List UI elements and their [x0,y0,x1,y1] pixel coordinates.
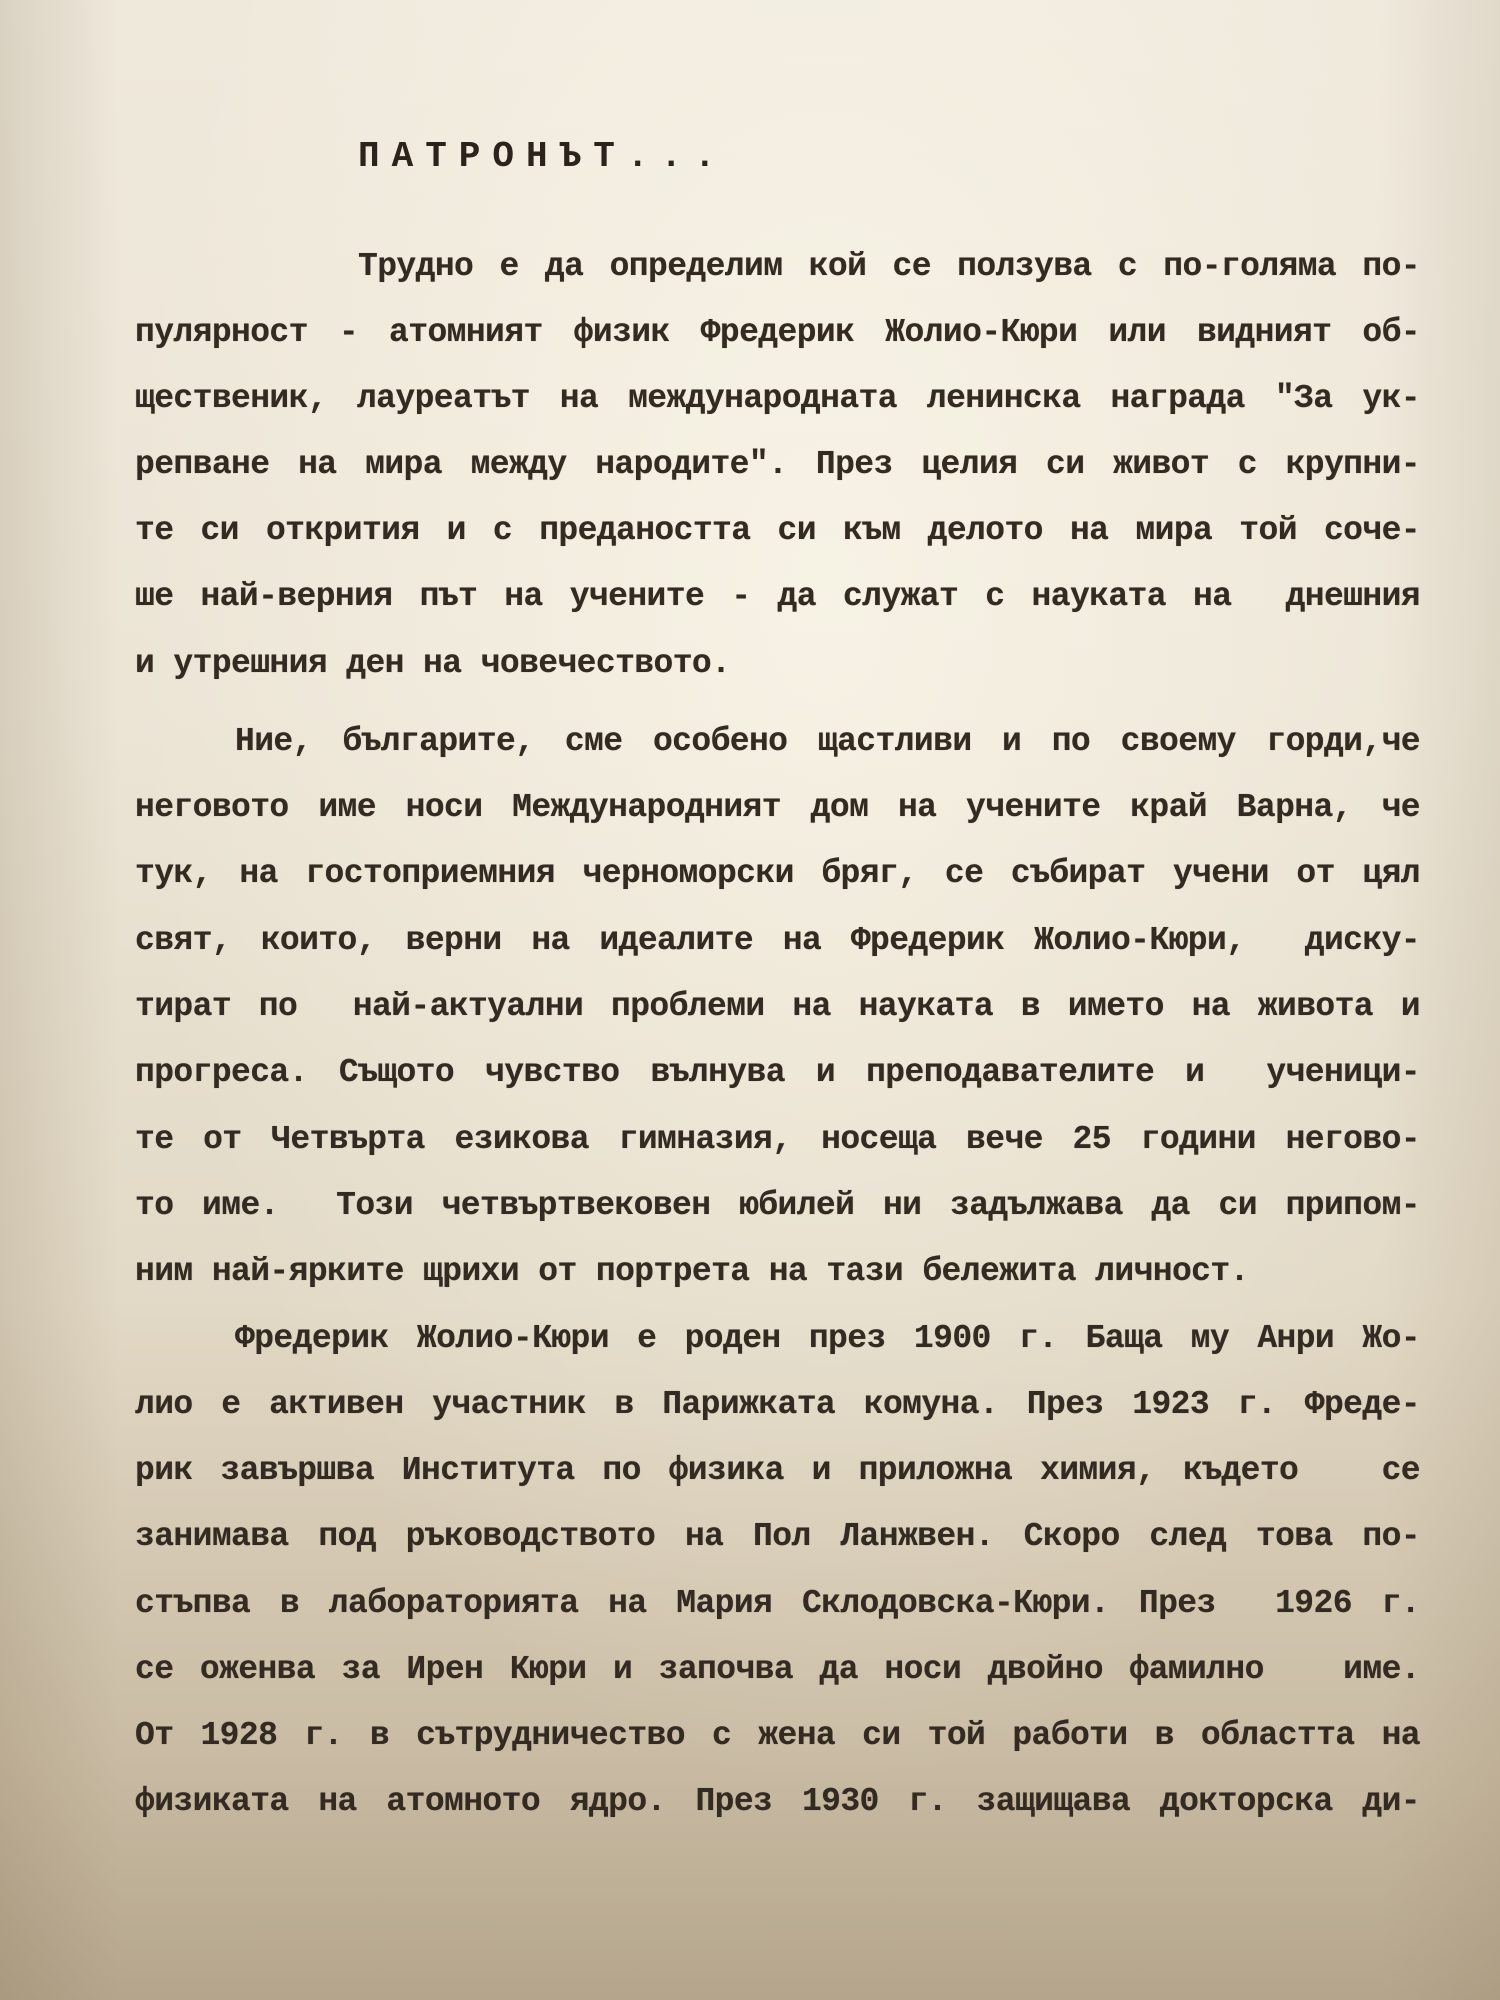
page-title: ПАТРОНЪТ... [358,136,728,177]
text-line: лио е активен участник в Парижката комун… [135,1386,1420,1423]
text-line: ше най-верния път на учените - да служат… [135,578,1420,615]
text-line: стъпва в лабораторията на Мария Склодовс… [135,1585,1420,1622]
text-line: пулярност - атомният физик Фредерик Жоли… [135,314,1420,351]
text-line: се оженва за Ирен Кюри и започва да носи… [135,1651,1420,1688]
text-line: и утрешния ден на човечеството. [135,645,1420,682]
text-line: свят, които, верни на идеалите на Фредер… [135,922,1420,959]
text-line: Трудно е да определим кой се ползува с п… [358,248,1420,285]
text-line: прогреса. Същото чувство вълнува и препо… [135,1054,1420,1091]
typewritten-page: ПАТРОНЪТ... Трудно е да определим кой се… [0,0,1500,2000]
text-line: Фредерик Жолио-Кюри е роден през 1900 г.… [235,1320,1420,1357]
text-line: занимава под ръководството на Пол Ланжве… [135,1518,1420,1555]
text-line: неговото име носи Международният дом на … [135,789,1420,826]
text-line: От 1928 г. в сътрудничество с жена си то… [135,1717,1420,1754]
text-line: те си открития и с предаността си към де… [135,512,1420,549]
text-line: те от Четвърта езикова гимназия, носеща … [135,1121,1420,1158]
text-line: Ние, българите, сме особено щастливи и п… [235,723,1420,760]
text-line: тират по най-актуални проблеми на наукат… [135,988,1420,1025]
text-line: рик завършва Института по физика и прило… [135,1452,1420,1489]
text-line: физиката на атомното ядро. През 1930 г. … [135,1783,1420,1820]
text-line: репване на мира между народите". През це… [135,446,1420,483]
text-line: тук, на гостоприемния черноморски бряг, … [135,855,1420,892]
text-line: то име. Този четвъртвековен юбилей ни за… [135,1187,1420,1224]
text-line: щественик, лауреатът на международната л… [135,380,1420,417]
text-line: ним най-ярките щрихи от портрета на тази… [135,1253,1420,1290]
